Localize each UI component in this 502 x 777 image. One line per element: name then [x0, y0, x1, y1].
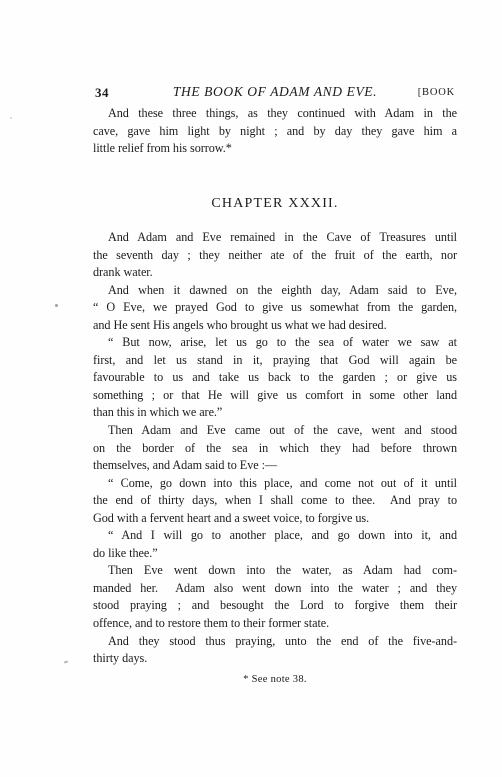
text-line: “ O Eve, we prayed God to give us somewh… — [93, 299, 457, 317]
scan-speck — [64, 660, 68, 663]
text-line: themselves, and Adam said to Eve :— — [93, 457, 457, 475]
text-line: the seventh day ; they neither ate of th… — [93, 247, 457, 265]
chapter-text: And Adam and Eve remained in the Cave of… — [93, 229, 457, 668]
text-line: And they stood thus praying, unto the en… — [93, 633, 457, 651]
footnote: * See note 38. — [93, 674, 457, 685]
text-line: thirty days. — [93, 650, 457, 668]
text-line: “ And I will go to another place, and go… — [93, 527, 457, 545]
chapter-heading: CHAPTER XXXII. — [93, 196, 457, 212]
text-line: manded her. Adam also went down into the… — [93, 580, 457, 598]
signature-mark: [BOOK — [418, 87, 455, 98]
text-line: “ But now, arise, let us go to the sea o… — [93, 334, 457, 352]
text-line: God with a fervent heart and a sweet voi… — [93, 510, 457, 528]
scan-speck — [55, 304, 58, 307]
text-line: something ; or that He will give us comf… — [93, 387, 457, 405]
running-title: THE BOOK OF ADAM AND EVE. — [93, 84, 457, 100]
book-page: 34 THE BOOK OF ADAM AND EVE. [BOOK And t… — [0, 0, 502, 777]
text-line: first, and let us stand in it, praying t… — [93, 352, 457, 370]
text-line: on the border of the sea in which they h… — [93, 440, 457, 458]
text-line: do like thee.” — [93, 545, 457, 563]
text-line: offence, and to restore them to their fo… — [93, 615, 457, 633]
text-line: drank water. — [93, 264, 457, 282]
text-line: favourable to us and take us back to the… — [93, 369, 457, 387]
text-line: and He sent His angels who brought us wh… — [93, 317, 457, 335]
scan-speck — [10, 117, 12, 119]
intro-paragraph: And these three things, as they continue… — [93, 105, 457, 158]
text-line: “ Come, go down into this place, and com… — [93, 475, 457, 493]
page-header: 34 THE BOOK OF ADAM AND EVE. [BOOK — [93, 84, 457, 101]
text-line: And when it dawned on the eighth day, Ad… — [93, 282, 457, 300]
text-line: And these three things, as they continue… — [93, 105, 457, 123]
text-line: cave, gave him light by night ; and by d… — [93, 123, 457, 141]
text-line: the end of thirty days, when I shall com… — [93, 492, 457, 510]
text-line: And Adam and Eve remained in the Cave of… — [93, 229, 457, 247]
text-line: Then Adam and Eve came out of the cave, … — [93, 422, 457, 440]
text-line: than this in which we are.” — [93, 404, 457, 422]
text-line: little relief from his sorrow.* — [93, 140, 457, 158]
text-line: stood praying ; and besought the Lord to… — [93, 597, 457, 615]
text-line: Then Eve went down into the water, as Ad… — [93, 562, 457, 580]
